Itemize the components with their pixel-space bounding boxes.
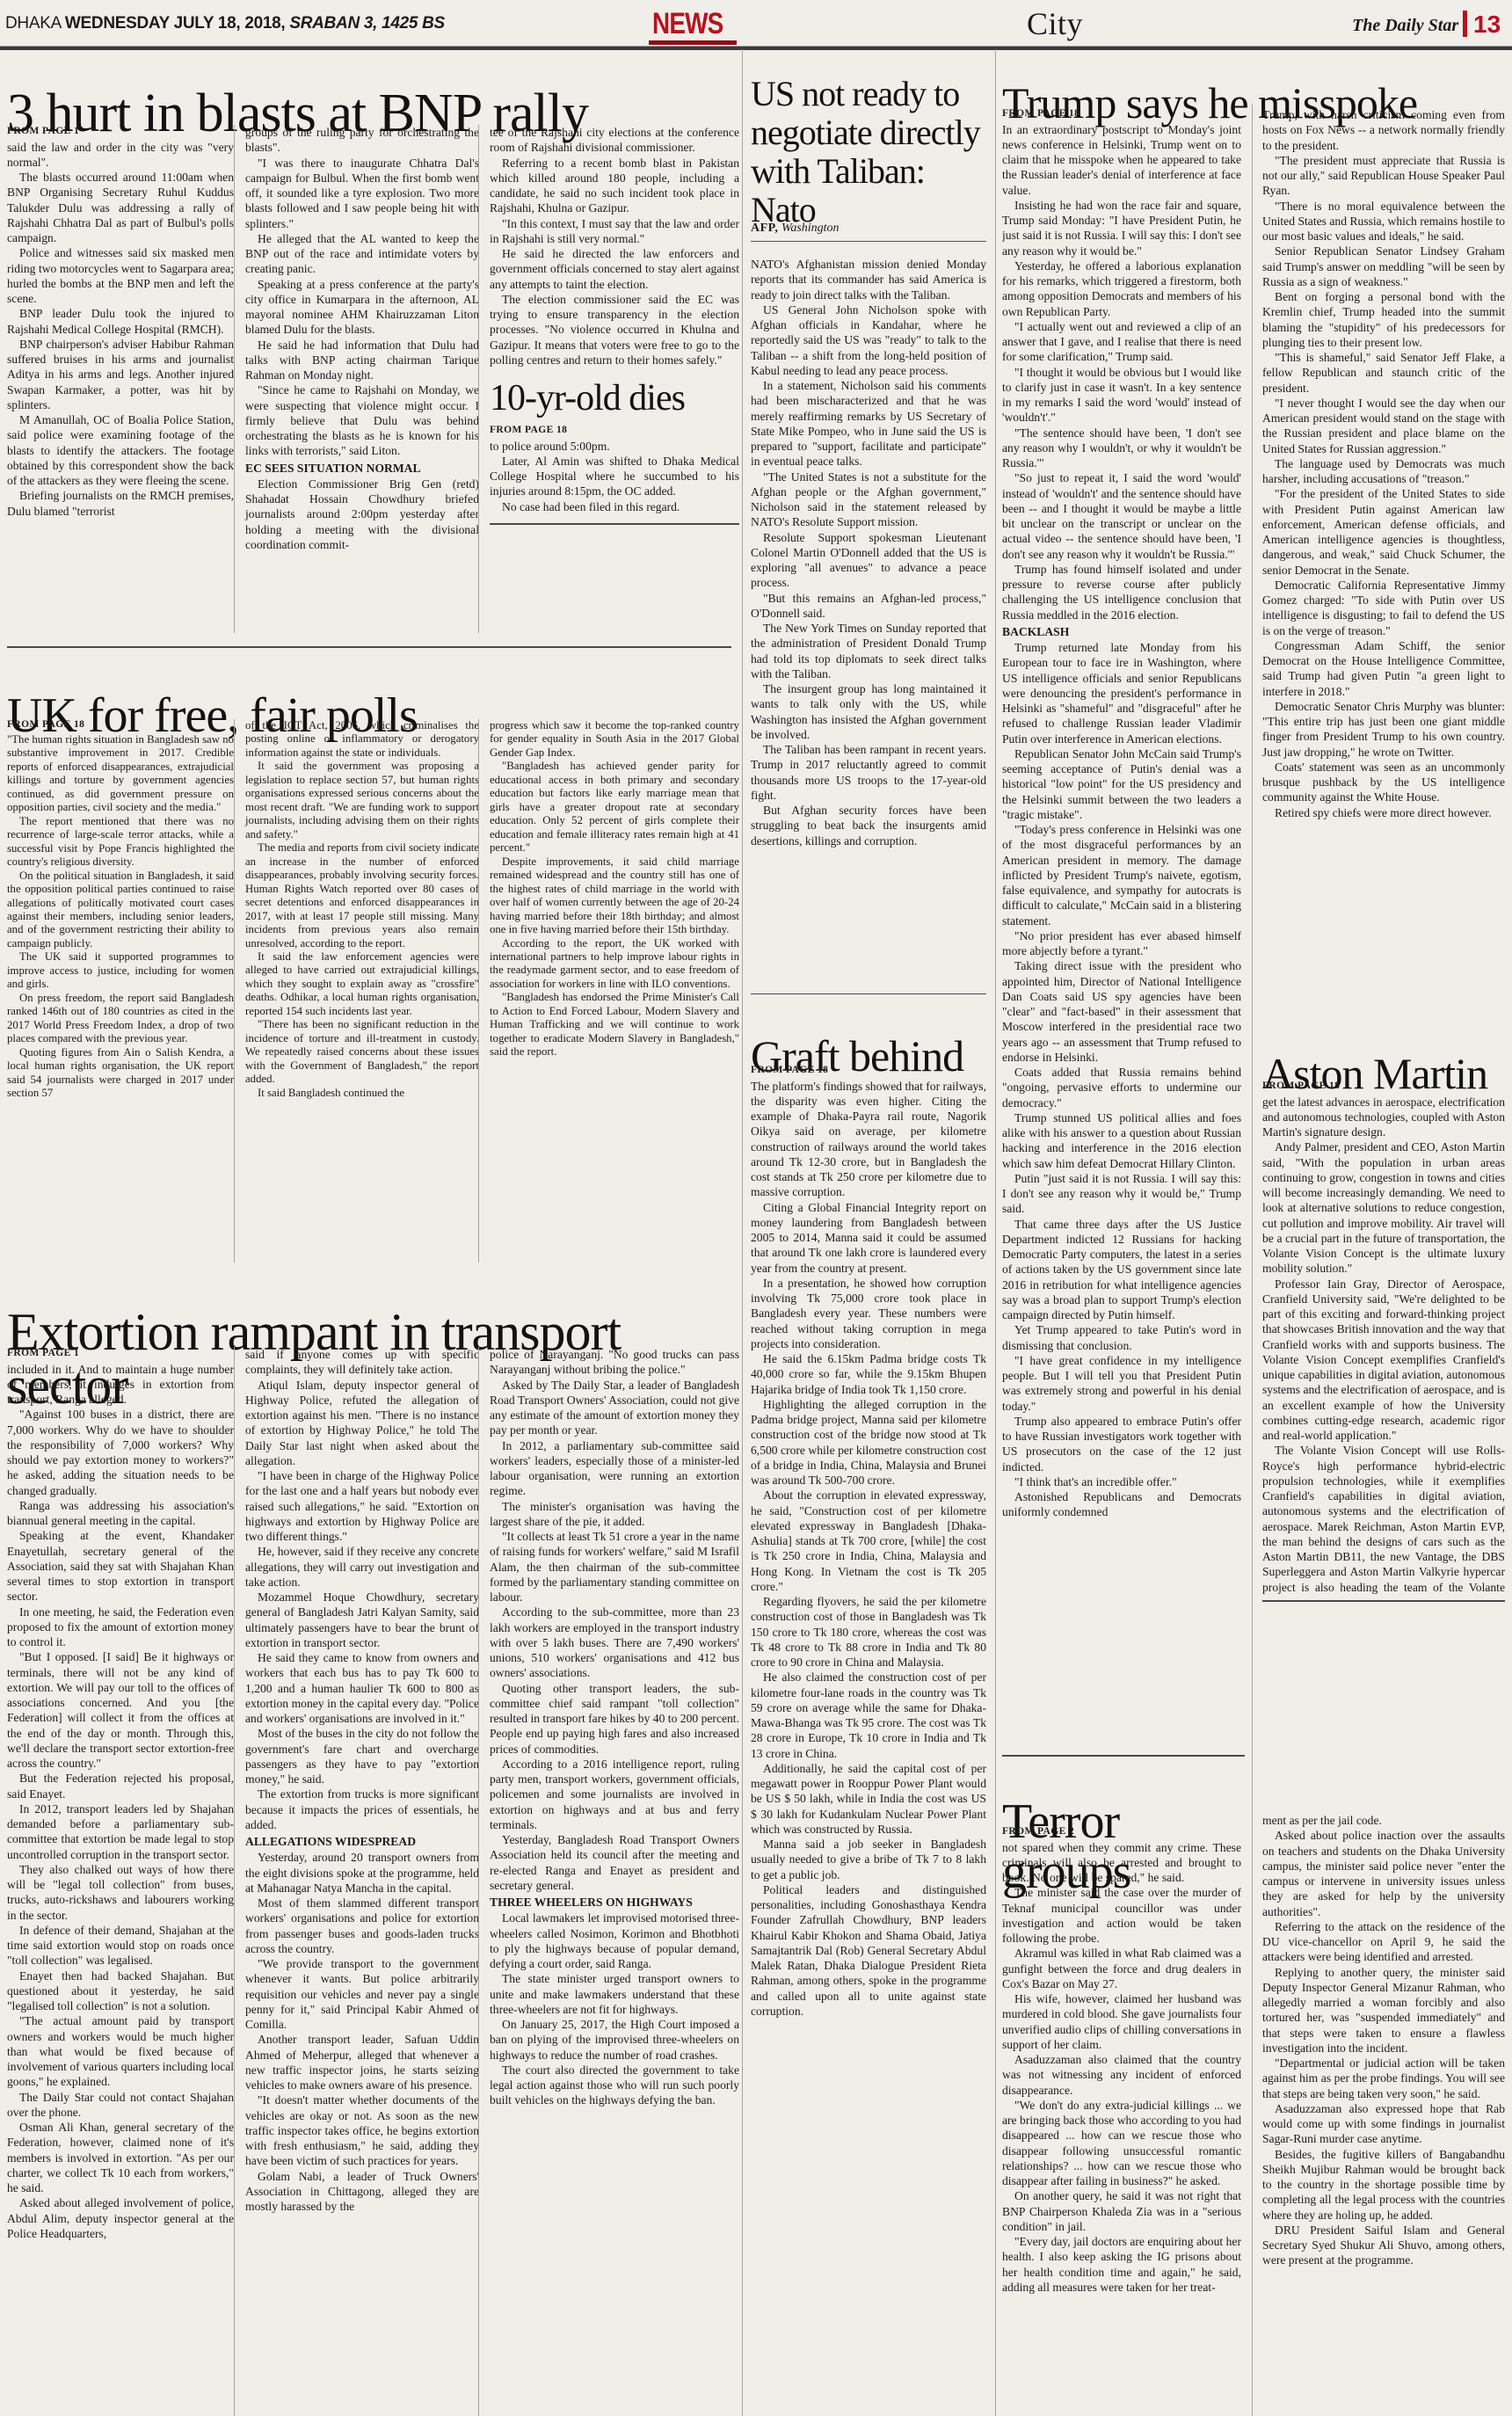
article-column-content: tee of the Rajshahi city elections at th… [490,125,739,367]
paragraph: The state minister urged transport owner… [490,1971,739,2017]
paragraph: Senior Republican Senator Lindsey Graham… [1262,244,1505,289]
kicker: FROM PAGE 18 [1262,1080,1505,1093]
paragraph: "Since he came to Rajshahi on Monday, we… [245,382,479,458]
paragraph: Professor Iain Gray, Director of Aerospa… [1262,1277,1505,1444]
article-column: FROM PAGE 1said the law and order in the… [7,125,234,633]
newspaper-page: DHAKA WEDNESDAY JULY 18, 2018, SRABAN 3,… [0,0,1512,2416]
section-name: City [1027,5,1083,42]
paragraph: The election commissioner said the EC wa… [490,292,739,367]
paragraph: DRU President Saiful Islam and General S… [1262,2223,1505,2268]
paragraph: Enayet then had backed Shajahan. But que… [7,1968,234,2014]
paragraph: Citing a Global Financial Integrity repo… [751,1200,986,1276]
masthead: DHAKA WEDNESDAY JULY 18, 2018, SRABAN 3,… [0,0,1512,40]
paragraph: "But I opposed. [I said] Be it highways … [7,1649,234,1771]
paragraph: The language used by Democrats was much … [1262,456,1505,487]
paragraph: ment as per the jail code. [1262,1813,1505,1828]
page-number: 13 [1473,11,1501,39]
paragraph: On press freedom, the report said Bangla… [7,992,234,1046]
paragraph: On January 25, 2017, the High Court impo… [490,2017,739,2063]
paragraph: Retired spy chiefs were more direct howe… [1262,805,1505,820]
paragraph: He said he had information that Dulu had… [245,338,479,383]
paragraph: said the law and order in the city was "… [7,140,234,171]
paragraph: Later, Al Amin was shifted to Dhaka Medi… [490,454,739,499]
paragraph: Ranga was addressing his association's b… [7,1498,234,1529]
kicker: FROM PAGE 18 [1002,107,1241,120]
paragraph: Yet Trump appeared to take Putin's word … [1002,1322,1241,1353]
paragraph: He, however, said if they receive any co… [245,1544,479,1590]
paragraph: Briefing journalists on the RMCH premise… [7,488,234,519]
paragraph: In a presentation, he showed how corrupt… [751,1276,986,1351]
paragraph: Additionally, he said the capital cost o… [751,1761,986,1837]
paragraph: Yesterday, Bangladesh Road Transport Own… [490,1832,739,1893]
byline-place: Washington [778,222,839,235]
paragraph: "No prior president has ever abased hims… [1002,928,1241,959]
paragraph: "Today's press conference in Helsinki wa… [1002,822,1241,928]
paragraph: of the ICT Act, 2006, which criminalises… [245,719,479,760]
paragraph: Most of the buses in the city do not fol… [245,1726,479,1787]
paragraph: Trump also appeared to embrace Putin's o… [1002,1414,1241,1474]
paragraph: The extortion from trucks is more signif… [245,1787,479,1832]
paragraph: According to the report, the UK worked w… [490,937,739,992]
paragraph: The Daily Star could not contact Shajaha… [7,2090,234,2121]
paragraph: He also claimed the construction cost of… [751,1670,986,1761]
paragraph: Yesterday, he offered a laborious explan… [1002,258,1241,319]
paragraph: tee of the Rajshahi city elections at th… [490,125,739,156]
paragraph: Insisting he had won the race fair and s… [1002,198,1241,258]
paragraph: They also chalked out ways of how there … [7,1862,234,1923]
article-column: groups of the ruling party for orchestra… [234,125,479,633]
paragraph: "I thought it would be obvious but I wou… [1002,365,1241,426]
paragraph: That came three days after the US Justic… [1002,1217,1241,1323]
byline-agency: AFP, [751,222,778,235]
article-column: NATO's Afghanistan mission denied Monday… [751,257,986,992]
paragraph: BNP leader Dulu took the injured to Rajs… [7,306,234,337]
paragraph: Resolute Support spokesman Lieutenant Co… [751,530,986,591]
paragraph: His wife, however, claimed her husband w… [1002,1991,1241,2052]
article-column: said if anyone comes up with specific co… [234,1347,479,2416]
section-divider [751,993,986,994]
paragraph: Asked by The Daily Star, a leader of Ban… [490,1378,739,1438]
subhead: BACKLASH [1002,624,1241,639]
paragraph: The media and reports from civil society… [245,841,479,950]
paragraph: US General John Nicholson spoke with Afg… [751,302,986,378]
paragraph: Regarding flyovers, he said the per kilo… [751,1594,986,1670]
paragraph: groups of the ruling party for orchestra… [245,125,479,156]
paragraph: Taking direct issue with the president w… [1002,958,1241,1065]
paper-logo: The Daily Star [1352,16,1458,36]
article-column: FROM PAGE 18The platform's findings show… [751,1064,986,2416]
subhead: ALLEGATIONS WIDESPREAD [245,1834,479,1849]
paragraph: The New York Times on Sunday reported th… [751,621,986,681]
article-column-content: FROM PAGE 18to police around 5:00pm.Late… [490,424,739,514]
section-label-underline [649,40,737,45]
kicker: FROM PAGE 1 [7,1347,234,1360]
paragraph: Asked about alleged involvement of polic… [7,2195,234,2241]
article-column: police of Narayanganj. "No good trucks c… [478,1347,739,2416]
paragraph: Trump stunned US political allies and fo… [1002,1110,1241,1171]
paragraph: In an extraordinary postscript to Monday… [1002,122,1241,198]
article-column: Trump, with harsh criticism coming even … [1262,107,1505,1018]
paragraph: The minister said the case over the murd… [1002,1885,1241,1946]
paragraph: "But this remains an Afghan-led process,… [751,591,986,622]
paragraph: Speaking at a press conference at the pa… [245,277,479,338]
paragraph: "Bangladesh has endorsed the Prime Minis… [490,991,739,1059]
paragraph: Replying to another query, the minister … [1262,1965,1505,2056]
paragraph: On another query, he said it was not rig… [1002,2188,1241,2234]
dateline: DHAKA WEDNESDAY JULY 18, 2018, SRABAN 3,… [5,14,445,33]
section-divider [1002,1755,1245,1757]
paragraph: In one meeting, he said, the Federation … [7,1605,234,1650]
paragraph: Coats' statement was seen as an uncommon… [1262,760,1505,805]
paragraph: Referring to the attack on the residence… [1262,1919,1505,1965]
paragraph: It said Bangladesh continued the [245,1087,479,1100]
paragraph: to police around 5:00pm. [490,439,739,454]
paragraph: NATO's Afghanistan mission denied Monday… [751,257,986,302]
paragraph: Atiqul Islam, deputy inspector general o… [245,1378,479,1469]
kicker: FROM PAGE 1 [7,125,234,138]
headline-tenyrold: 10-yr-old dies [490,380,739,417]
paragraph: "The president must appreciate that Russ… [1262,153,1505,199]
paragraph: "Bangladesh has achieved gender parity f… [490,760,739,855]
article-column: FROM PAGE 18get the latest advances in a… [1262,1080,1505,1595]
article-column: FROM PAGE 18In an extraordinary postscri… [1002,107,1241,1750]
paragraph: In defence of their demand, Shajahan at … [7,1923,234,1968]
paragraph: No case had been filed in this regard. [490,499,739,514]
paragraph: progress which saw it become the top-ran… [490,719,739,760]
paragraph: Mozammel Hoque Chowdhury, secretary gene… [245,1590,479,1650]
paragraph: About the corruption in elevated express… [751,1488,986,1594]
paragraph: On the political situation in Bangladesh… [7,870,234,951]
paragraph: Akramul was killed in what Rab claimed w… [1002,1946,1241,1991]
paragraph: Democratic California Representative Jim… [1262,578,1505,638]
paragraph: "For the president of the United States … [1262,486,1505,578]
paragraph: "The actual amount paid by transport own… [7,2013,234,2089]
paragraph: Trump returned late Monday from his Euro… [1002,640,1241,746]
paragraph: Putin "just said it is not Russia. I wil… [1002,1171,1241,1217]
article-column: tee of the Rajshahi city elections at th… [478,125,739,633]
paragraph: He said the 6.15km Padma bridge costs Tk… [751,1351,986,1397]
paragraph: Police and witnesses said six masked men… [7,245,234,306]
paragraph: "We don't do any extra-judicial killings… [1002,2098,1241,2189]
paragraph: Local lawmakers let improvised motorised… [490,1910,739,1971]
masthead-rule [0,46,1512,50]
paragraph: Trump, with harsh criticism coming even … [1262,107,1505,153]
paragraph: Quoting other transport leaders, the sub… [490,1681,739,1757]
byline-nato: AFP, Washington [751,222,986,242]
paragraph: But the Federation rejected his proposal… [7,1771,234,1801]
paragraph: "I actually went out and reviewed a clip… [1002,319,1241,365]
paragraph: Bent on forging a personal bond with the… [1262,289,1505,350]
article-tenyrold: 10-yr-old dies FROM PAGE 18to police aro… [490,380,739,525]
article-column: FROM PAGE 18"The human rights situation … [7,719,234,1263]
subhead: EC SEES SITUATION NORMAL [245,461,479,476]
paragraph: included in it. And to maintain a huge n… [7,1362,234,1408]
paragraph: In a statement, Nicholson said his comme… [751,378,986,469]
paragraph: The Taliban has been rampant in recent y… [751,742,986,803]
paragraph: "Against 100 buses in a district, there … [7,1407,234,1498]
paragraph: He said he directed the law enforcers an… [490,246,739,292]
paragraph: get the latest advances in aerospace, el… [1262,1095,1505,1140]
paragraph: The court also directed the government t… [490,2063,739,2108]
paragraph: The insurgent group has long maintained … [751,681,986,742]
paragraph: In 2012, a parliamentary sub-committee s… [490,1438,739,1499]
paragraph: Asaduzzaman also claimed that the countr… [1002,2052,1241,2098]
paragraph: The minister's organisation was having t… [490,1499,739,1530]
paragraph: But Afghan security forces have been str… [751,803,986,848]
paragraph: said if anyone comes up with specific co… [245,1347,479,1378]
paragraph: Congressman Adam Schiff, the senior Demo… [1262,638,1505,699]
paragraph: "We provide transport to the government … [245,1956,479,2032]
paragraph: Political leaders and distinguished pers… [751,1882,986,2019]
column-divider [742,49,743,2416]
kicker: FROM PAGE 18 [7,719,234,731]
paragraph: According to the sub-committee, more tha… [490,1605,739,1680]
kicker: FROM PAGE 18 [490,424,739,437]
paragraph: "Every day, jail doctors are enquiring a… [1002,2234,1241,2295]
paragraph: "The human rights situation in Banglades… [7,733,234,815]
paragraph: M Amanullah, OC of Boalia Police Station… [7,412,234,488]
paragraph: "I have great confidence in my intellige… [1002,1353,1241,1414]
paragraph: The platform's findings showed that for … [751,1079,986,1200]
paragraph: "I have been in charge of the Highway Po… [245,1468,479,1544]
paragraph: police of Narayanganj. "No good trucks c… [490,1347,739,1378]
paragraph: not spared when they commit any crime. T… [1002,1840,1241,1886]
paragraph: He alleged that the AL wanted to keep th… [245,231,479,277]
article-column: FROM PAGE 1included in it. And to mainta… [7,1347,234,2416]
paragraph: Yesterday, around 20 transport owners fr… [245,1850,479,1896]
paragraph: "There has been no significant reduction… [245,1018,479,1086]
article-end-rule [1262,1600,1505,1602]
paragraph: It said the government was proposing a l… [245,760,479,841]
kicker: FROM PAGE 2 [1002,1825,1241,1838]
section-divider [7,646,731,648]
paragraph: Most of them slammed different transport… [245,1896,479,1956]
paragraph: "In this context, I must say that the la… [490,216,739,247]
subhead: THREE WHEELERS ON HIGHWAYS [490,1895,739,1910]
paragraph: "I think that's an incredible offer." [1002,1474,1241,1489]
paragraph: "There is no moral equivalence between t… [1262,199,1505,244]
paragraph: Democratic Senator Chris Murphy was blun… [1262,699,1505,760]
paragraph: "I was there to inaugurate Chhatra Dal's… [245,156,479,231]
article-column: of the ICT Act, 2006, which criminalises… [234,719,479,1263]
paragraph: According to a 2016 intelligence report,… [490,1757,739,1832]
paragraph: Another transport leader, Safuan Uddin A… [245,2032,479,2092]
page-number-bar [1463,11,1467,37]
paragraph: Despite improvements, it said child marr… [490,855,739,937]
dateline-date: WEDNESDAY JULY 18, 2018, [65,14,286,33]
paragraph: Quoting figures from Ain o Salish Kendra… [7,1046,234,1101]
article-column: ment as per the jail code.Asked about po… [1262,1813,1505,2416]
paragraph: "The sentence should have been, 'I don't… [1002,426,1241,471]
paragraph: "Departmental or judicial action will be… [1262,2056,1505,2101]
column-divider [1252,104,1253,2416]
paragraph: "It doesn't matter whether documents of … [245,2092,479,2168]
paragraph: Asked about police inaction over the ass… [1262,1828,1505,1919]
section-label: NEWS [652,7,723,41]
paragraph: The blasts occurred around 11:00am when … [7,170,234,245]
paragraph: BNP chairperson's adviser Habibur Rahman… [7,337,234,412]
article-column: FROM PAGE 2not spared when they commit a… [1002,1825,1241,2416]
dateline-bangla-date: SRABAN 3, 1425 BS [289,14,445,33]
kicker: FROM PAGE 18 [751,1064,986,1077]
paragraph: "The United States is not a substitute f… [751,469,986,530]
paragraph: The Volante Vision Concept will use Roll… [1262,1443,1505,1595]
paragraph: "So just to repeat it, I said the word '… [1002,470,1241,562]
paragraph: Speaking at the event, Khandaker Enayetu… [7,1528,234,1604]
paragraph: The UK said it supported programmes to i… [7,950,234,991]
paragraph: Asaduzzaman also expressed hope that Rab… [1262,2101,1505,2147]
paragraph: Trump has found himself isolated and und… [1002,562,1241,622]
article-end-rule [490,523,739,525]
paragraph: Coats added that Russia remains behind "… [1002,1065,1241,1110]
paragraph: In 2012, transport leaders led by Shajah… [7,1801,234,1862]
column-divider [995,49,996,2416]
headline-nato: US not ready to negotiate directly with … [751,75,986,229]
paragraph: The report mentioned that there was no r… [7,815,234,870]
paragraph: Republican Senator John McCain said Trum… [1002,746,1241,822]
paragraph: Highlighting the alleged corruption in t… [751,1397,986,1488]
dateline-city: DHAKA [5,14,61,33]
paragraph: Osman Ali Khan, general secretary of the… [7,2120,234,2195]
paragraph: Andy Palmer, president and CEO, Aston Ma… [1262,1139,1505,1276]
article-column: progress which saw it become the top-ran… [478,719,739,1263]
paragraph: "It collects at least Tk 51 crore a year… [490,1529,739,1605]
paragraph: He said they came to know from owners an… [245,1650,479,1726]
paragraph: Golam Nabi, a leader of Truck Owners' As… [245,2169,479,2215]
paragraph: Astonished Republicans and Democrats uni… [1002,1489,1241,1520]
paragraph: Election Commissioner Brig Gen (retd) Sh… [245,477,479,552]
paragraph: Referring to a recent bomb blast in Paki… [490,156,739,216]
paragraph: It said the law enforcement agencies wer… [245,950,479,1018]
paragraph: "This is shameful," said Senator Jeff Fl… [1262,350,1505,396]
paragraph: Besides, the fugitive killers of Bangaba… [1262,2147,1505,2223]
paragraph: Manna said a job seeker in Bangladesh us… [751,1837,986,1882]
paragraph: "I never thought I would see the day whe… [1262,396,1505,456]
